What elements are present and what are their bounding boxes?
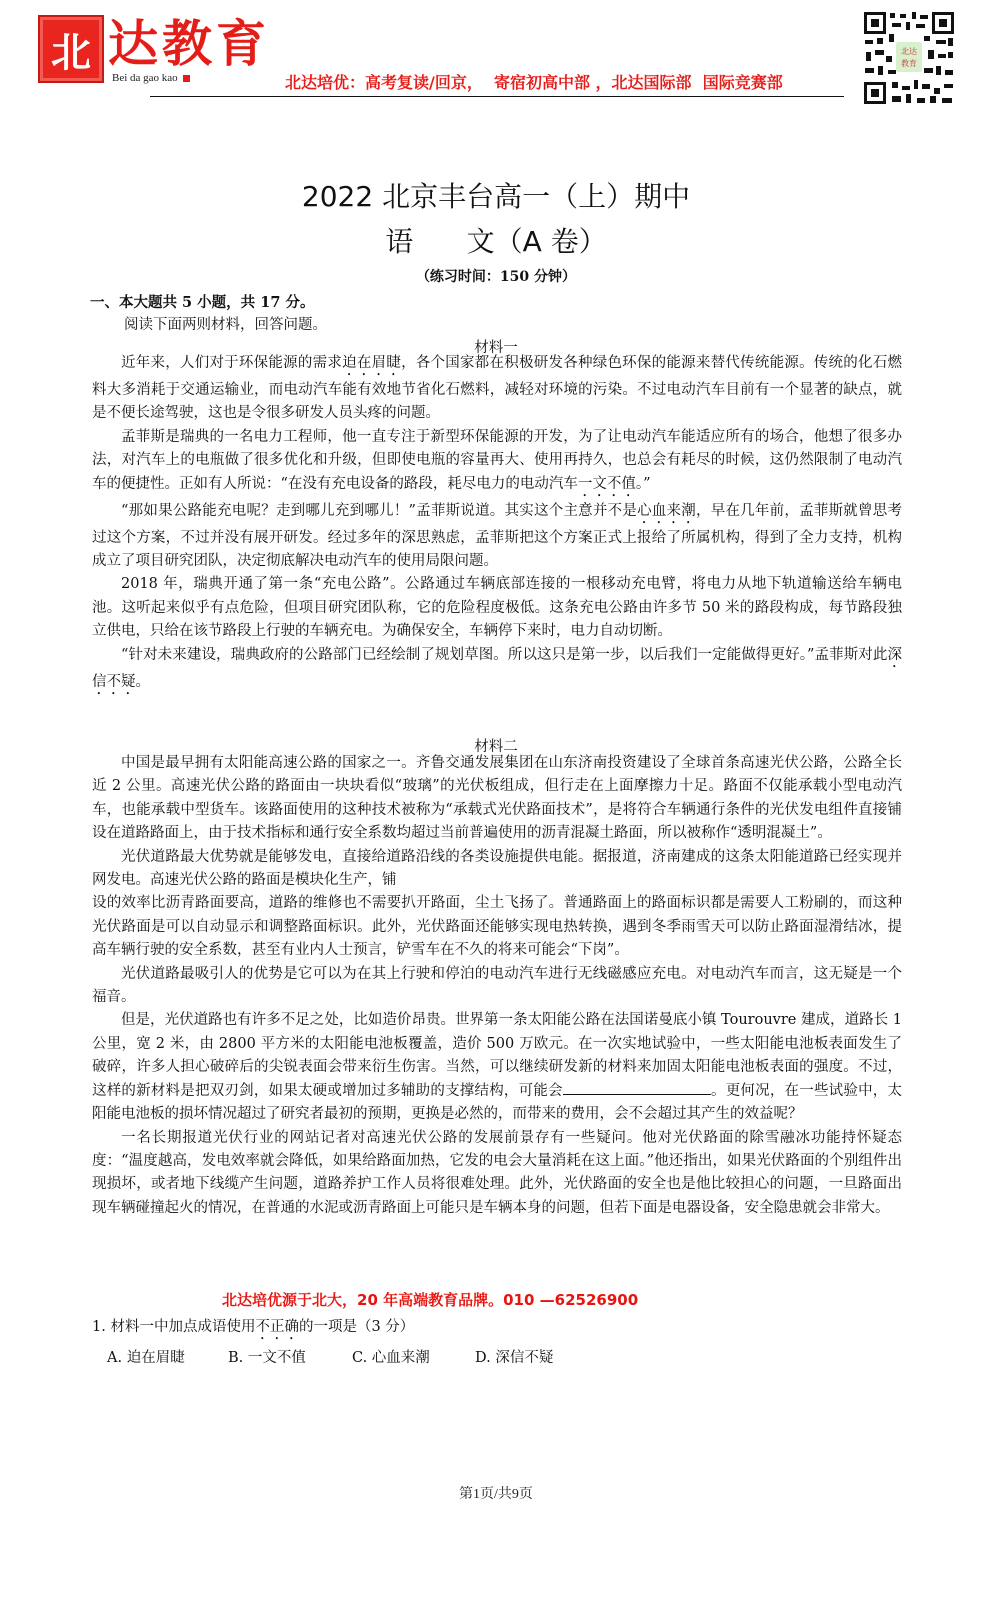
svg-text:北达: 北达 — [901, 46, 917, 56]
paragraph: 中国是最早拥有太阳能高速公路的国家之一。齐鲁交通发展集团在山东济南投资建设了全球… — [92, 752, 902, 846]
watermark-ad: 北达培优源于北大，20 年高端教育品牌。010 —62526900 — [222, 1289, 638, 1310]
paragraph: 2018 年，瑞典开通了第一条“充电公路”。公路通过车辆底部连接的一根移动充电臂… — [92, 573, 902, 643]
text: 孟菲斯是瑞典的一名电力工程师，他一直专注于新型环保能源的开发，为了让电动汽车能适… — [92, 429, 902, 492]
question-1-options: A. 迫在眉睫 B. 一文不值 C. 心血来潮 D. 深信不疑 — [107, 1346, 553, 1367]
dotted-idiom: 迫在眉睫 — [342, 355, 401, 371]
option-d[interactable]: D. 深信不疑 — [475, 1346, 553, 1367]
paragraph: 孟菲斯是瑞典的一名电力工程师，他一直专注于新型环保能源的开发，为了让电动汽车能适… — [92, 426, 902, 500]
text: 的一项是（3 分） — [299, 1319, 414, 1335]
option-a[interactable]: A. 迫在眉睫 — [107, 1346, 228, 1367]
exam-duration: （练习时间：150 分钟） — [0, 266, 992, 286]
logo-subtitle: Bei da gao kao — [112, 72, 190, 84]
dotted-word: 不正确 — [255, 1319, 299, 1335]
fill-in-blank[interactable] — [563, 1080, 711, 1095]
qr-code-icon: 北达 教育 — [862, 10, 956, 106]
dotted-idiom: 一文不值 — [578, 476, 636, 492]
header-divider — [150, 96, 844, 97]
text: 。” — [636, 476, 651, 492]
subject-title: 语 文（A 卷） — [0, 225, 992, 259]
dotted-idiom: 心血来潮 — [637, 503, 696, 519]
text: 1. 材料一中加点成语使用 — [92, 1319, 255, 1335]
section-instruction: 阅读下面两则材料，回答问题。 — [124, 313, 327, 334]
text: 近年来，人们对于环保能源的需求 — [121, 355, 342, 371]
header-slogan: 北达培优：高考复读/回京， 寄宿初高中部 ，北达国际部 国际竞赛部 — [285, 70, 783, 93]
material-1-body: 近年来，人们对于环保能源的需求迫在眉睫，各个国家都在积极研发各种绿色环保的能源来… — [92, 352, 902, 698]
paragraph: 近年来，人们对于环保能源的需求迫在眉睫，各个国家都在积极研发各种绿色环保的能源来… — [92, 352, 902, 426]
paragraph: 光伏道路最吸引人的优势是它可以为在其上行驶和停泊的电动汽车进行无线磁感应充电。对… — [92, 963, 902, 1010]
logo-subtitle-text: Bei da gao kao — [112, 72, 178, 84]
logo-seal: 北 — [38, 15, 104, 83]
page-number: 第1页/共9页 — [0, 1483, 992, 1503]
material-2-body: 中国是最早拥有太阳能高速公路的国家之一。齐鲁交通发展集团在山东济南投资建设了全球… — [92, 752, 902, 1220]
paragraph: 光伏道路最大优势就是能够发电，直接给道路沿线的各类设施提供电能。据报道，济南建成… — [92, 846, 902, 893]
paragraph: 一名长期报道光伏行业的网站记者对高速光伏公路的发展前景存有一些疑问。他对光伏路面… — [92, 1127, 902, 1221]
text: 。 — [136, 674, 151, 690]
paragraph: “针对未来建设，瑞典政府的公路部门已经绘制了规划草图。所以这只是第一步，以后我们… — [92, 644, 902, 698]
paragraph: “那如果公路能充电呢？走到哪儿充到哪儿！”孟菲斯说道。其实这个主意并不是心血来潮… — [92, 500, 902, 574]
section-heading: 一、本大题共 5 小题，共 17 分。 — [90, 291, 314, 312]
paragraph-continued: 设的效率比沥青路面要高，道路的维修也不需要扒开路面，尘土飞扬了。普通路面上的路面… — [92, 892, 902, 962]
question-1: 1. 材料一中加点成语使用不正确的一项是（3 分） — [92, 1315, 414, 1343]
paragraph: 但是，光伏道路也有许多不足之处，比如造价昂贵。世界第一条太阳能公路在法国诺曼底小… — [92, 1009, 902, 1126]
option-c[interactable]: C. 心血来潮 — [352, 1346, 475, 1367]
red-square-icon — [183, 75, 190, 82]
option-b[interactable]: B. 一文不值 — [228, 1346, 352, 1367]
text: “那如果公路能充电呢？走到哪儿充到哪儿！”孟菲斯说道。其实这个主意并不是 — [121, 503, 637, 519]
exam-title: 2022 北京丰台高一（上）期中 — [0, 180, 992, 214]
svg-text:教育: 教育 — [901, 58, 917, 68]
logo-char: 北 — [51, 21, 91, 78]
logo-name: 达教育 — [108, 14, 270, 74]
text: “针对未来建设，瑞典政府的公路部门已经绘制了规划草图。所以这只是第一步，以后我们… — [121, 647, 888, 663]
